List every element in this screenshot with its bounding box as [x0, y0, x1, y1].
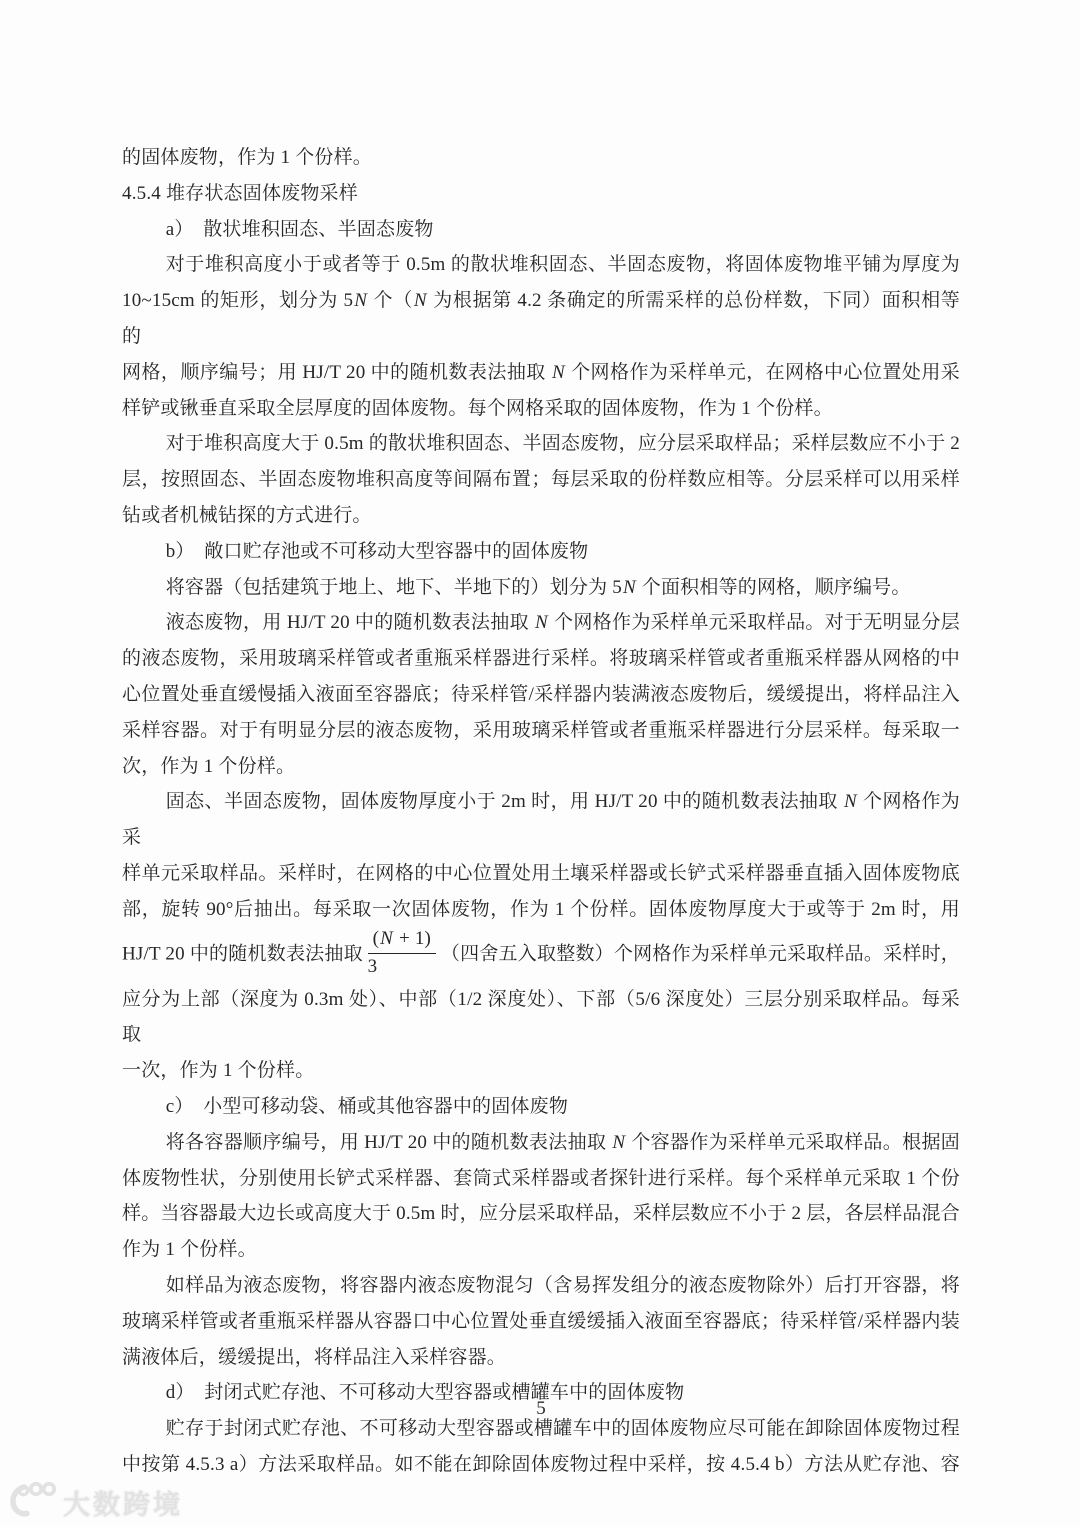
variable-N: N [413, 290, 428, 311]
body-line: 液态废物，用 HJ/T 20 中的随机数表法抽取 N 个网格作为采样单元采取样品… [122, 605, 960, 641]
variable-N: N [551, 362, 566, 383]
list-item-c: c） 小型可移动袋、桶或其他容器中的固体废物 [122, 1089, 960, 1125]
watermark: 大数跨境 [8, 1480, 183, 1525]
watermark-logo-icon [8, 1480, 56, 1525]
fraction-denominator: 3 [368, 954, 436, 980]
body-line: 中按第 4.5.3 a）方法采取样品。如不能在卸除固体废物过程中采样，按 4.5… [122, 1447, 960, 1483]
watermark-text: 大数跨境 [63, 1483, 183, 1522]
body-line: 样铲或锹垂直采取全层厚度的固体废物。每个网格采取的固体废物，作为 1 个份样。 [122, 391, 960, 427]
body-line: 样单元采取样品。采样时，在网格的中心位置处用土壤采样器或长铲式采样器垂直插入固体… [122, 856, 960, 892]
body-line: 将各容器顺序编号，用 HJ/T 20 中的随机数表法抽取 N 个容器作为采样单元… [122, 1125, 960, 1161]
body-line: 心位置处垂直缓慢插入液面至容器底；待采样管/采样器内装满液态废物后，缓缓提出，将… [122, 677, 960, 713]
variable-N: N [622, 577, 637, 598]
body-line: 采样容器。对于有明显分层的液态废物，采用玻璃采样管或者重瓶采样器进行分层采样。每… [122, 713, 960, 749]
variable-N: N [534, 612, 549, 633]
body-line: 如样品为液态废物，将容器内液态废物混匀（含易挥发组分的液态废物除外）后打开容器，… [122, 1268, 960, 1304]
body-line: 钻或者机械钻探的方式进行。 [122, 498, 960, 534]
formula-text-after: （四舍五入取整数）个网格作为采样单元采取样品。采样时， [441, 943, 960, 964]
formula-text-before: HJ/T 20 中的随机数表法抽取 [122, 943, 363, 964]
body-line: 将容器（包括建筑于地上、地下、半地下的）划分为 5N 个面积相等的网格，顺序编号… [122, 570, 960, 606]
body-line: 满液体后，缓缓提出，将样品注入采样容器。 [122, 1340, 960, 1376]
fraction-numerator: (N + 1) [368, 926, 436, 954]
text-block: 的固体废物，作为 1 个份样。4.5.4 堆存状态固体废物采样a） 散状堆积固态… [122, 140, 960, 1483]
section-heading: 4.5.4 堆存状态固体废物采样 [122, 176, 960, 212]
body-line: 应分为上部（深度为 0.3m 处）、中部（1/2 深度处）、下部（5/6 深度处… [122, 982, 960, 1054]
body-line: 部，旋转 90°后抽出。每采取一次固体废物，作为 1 个份样。固体废物厚度大于或… [122, 892, 960, 928]
body-line: 次，作为 1 个份样。 [122, 749, 960, 785]
variable-N: N [843, 791, 858, 812]
document-page: 的固体废物，作为 1 个份样。4.5.4 堆存状态固体废物采样a） 散状堆积固态… [0, 0, 1080, 1527]
paragraph-continuation: 的固体废物，作为 1 个份样。 [122, 140, 960, 176]
body-line: 10~15cm 的矩形，划分为 5N 个（N 为根据第 4.2 条确定的所需采样… [122, 283, 960, 355]
variable-N: N [611, 1132, 626, 1153]
body-line: 固态、半固态废物，固体废物厚度小于 2m 时，用 HJ/T 20 中的随机数表法… [122, 784, 960, 856]
formula-line: HJ/T 20 中的随机数表法抽取(N + 1)3（四舍五入取整数）个网格作为采… [122, 928, 960, 982]
fraction: (N + 1)3 [368, 926, 436, 980]
body-line: 层，按照固态、半固态废物堆积高度等间隔布置；每层采取的份样数应相等。分层采样可以… [122, 462, 960, 498]
body-line: 一次，作为 1 个份样。 [122, 1053, 960, 1089]
list-item-a: a） 散状堆积固态、半固态废物 [122, 212, 960, 248]
body-line: 网格，顺序编号；用 HJ/T 20 中的随机数表法抽取 N 个网格作为采样单元，… [122, 355, 960, 391]
variable-N: N [379, 928, 394, 949]
variable-N: N [353, 290, 368, 311]
body-line: 对于堆积高度小于或者等于 0.5m 的散状堆积固态、半固态废物，将固体废物堆平铺… [122, 247, 960, 283]
body-line: 作为 1 个份样。 [122, 1232, 960, 1268]
body-line: 的液态废物，采用玻璃采样管或者重瓶采样器进行采样。将玻璃采样管或者重瓶采样器从网… [122, 641, 960, 677]
list-item-b: b） 敞口贮存池或不可移动大型容器中的固体废物 [122, 534, 960, 570]
page-number: 5 [122, 1398, 960, 1420]
body-line: 样。当容器最大边长或高度大于 0.5m 时，应分层采取样品，采样层数应不小于 2… [122, 1196, 960, 1232]
body-line: 玻璃采样管或者重瓶采样器从容器口中心位置处垂直缓缓插入液面至容器底；待采样管/采… [122, 1304, 960, 1340]
body-line: 对于堆积高度大于 0.5m 的散状堆积固态、半固态废物，应分层采取样品；采样层数… [122, 426, 960, 462]
body-line: 体废物性状，分别使用长铲式采样器、套筒式采样器或者探针进行采样。每个采样单元采取… [122, 1161, 960, 1197]
